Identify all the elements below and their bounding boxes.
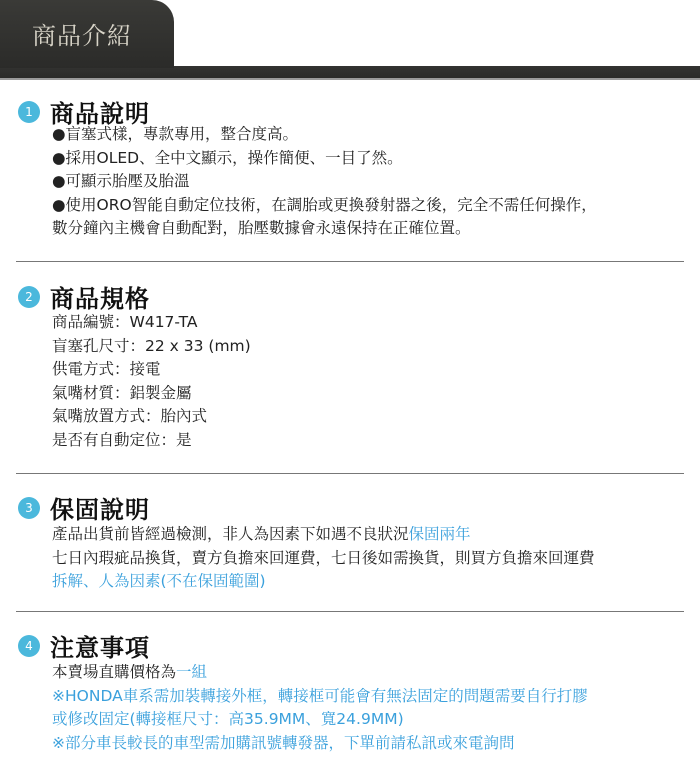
spec-line: 供電方式：接電: [52, 358, 251, 382]
divider: [16, 473, 684, 474]
price-text: 本賣場直購價格為: [52, 663, 176, 681]
repeater-note: ※部分車長較長的車型需加購訊號轉發器，下單前請私訊或來電詢問: [52, 732, 588, 756]
number-badge: 4: [18, 635, 40, 657]
divider: [16, 261, 684, 262]
section-body: 本賣場直購價格為一組 ※HONDA車系需加裝轉接外框，轉接框可能會有無法固定的問…: [52, 661, 588, 755]
header-tab: 商品介紹: [0, 0, 174, 68]
text-line: 數分鐘內主機會自動配對，胎壓數據會永遠保持在正確位置。: [52, 217, 597, 241]
bullet-line: ●採用OLED、全中文顯示，操作簡便、一目了然。: [52, 147, 597, 171]
header: 商品介紹: [0, 0, 700, 80]
divider: [16, 611, 684, 612]
honda-note: ※HONDA車系需加裝轉接外框，轉接框可能會有無法固定的問題需要自行打膠: [52, 685, 588, 709]
section-body: 商品編號：W417-TA 盲塞孔尺寸：22 x 33 (mm) 供電方式：接電 …: [52, 311, 251, 452]
text-line: 七日內瑕疵品換貨，賣方負擔來回運費，七日後如需換貨，則買方負擔來回運費: [52, 547, 595, 571]
bullet-line: ●可顯示胎壓及胎溫: [52, 170, 597, 194]
warranty-highlight: 保固兩年: [409, 525, 471, 543]
bullet-line: ●盲塞式樣，專款專用，整合度高。: [52, 123, 597, 147]
header-title: 商品介紹: [32, 16, 132, 51]
section-title: 注意事項: [50, 628, 150, 663]
section-body: ●盲塞式樣，專款專用，整合度高。 ●採用OLED、全中文顯示，操作簡便、一目了然…: [52, 123, 597, 241]
number-badge: 2: [18, 286, 40, 308]
warranty-text: 產品出貨前皆經過檢測，非人為因素下如遇不良狀況: [52, 525, 409, 543]
spec-line: 商品編號：W417-TA: [52, 311, 251, 335]
honda-note-cont: 或修改固定(轉接框尺寸：高35.9MM、寬24.9MM): [52, 708, 588, 732]
header-divider: [0, 78, 700, 80]
exclusion-note: 拆解、人為因素(不在保固範圍): [52, 570, 595, 594]
section-heading: 2 商品規格: [18, 279, 150, 314]
bullet-line: ●使用ORO智能自動定位技術，在調胎或更換發射器之後，完全不需任何操作，: [52, 194, 597, 218]
section-heading: 3 保固說明: [18, 490, 150, 525]
section-title: 保固說明: [50, 490, 150, 525]
text-line: 本賣場直購價格為一組: [52, 661, 588, 685]
spec-line: 是否有自動定位：是: [52, 429, 251, 453]
spec-line: 氣嘴材質：鋁製金屬: [52, 382, 251, 406]
spec-line: 盲塞孔尺寸：22 x 33 (mm): [52, 335, 251, 359]
text-line: 產品出貨前皆經過檢測，非人為因素下如遇不良狀況保固兩年: [52, 523, 595, 547]
number-badge: 1: [18, 101, 40, 123]
section-heading: 4 注意事項: [18, 628, 150, 663]
section-title: 商品規格: [50, 279, 150, 314]
number-badge: 3: [18, 497, 40, 519]
price-unit: 一組: [176, 663, 207, 681]
section-body: 產品出貨前皆經過檢測，非人為因素下如遇不良狀況保固兩年 七日內瑕疵品換貨，賣方負…: [52, 523, 595, 594]
spec-line: 氣嘴放置方式：胎內式: [52, 405, 251, 429]
